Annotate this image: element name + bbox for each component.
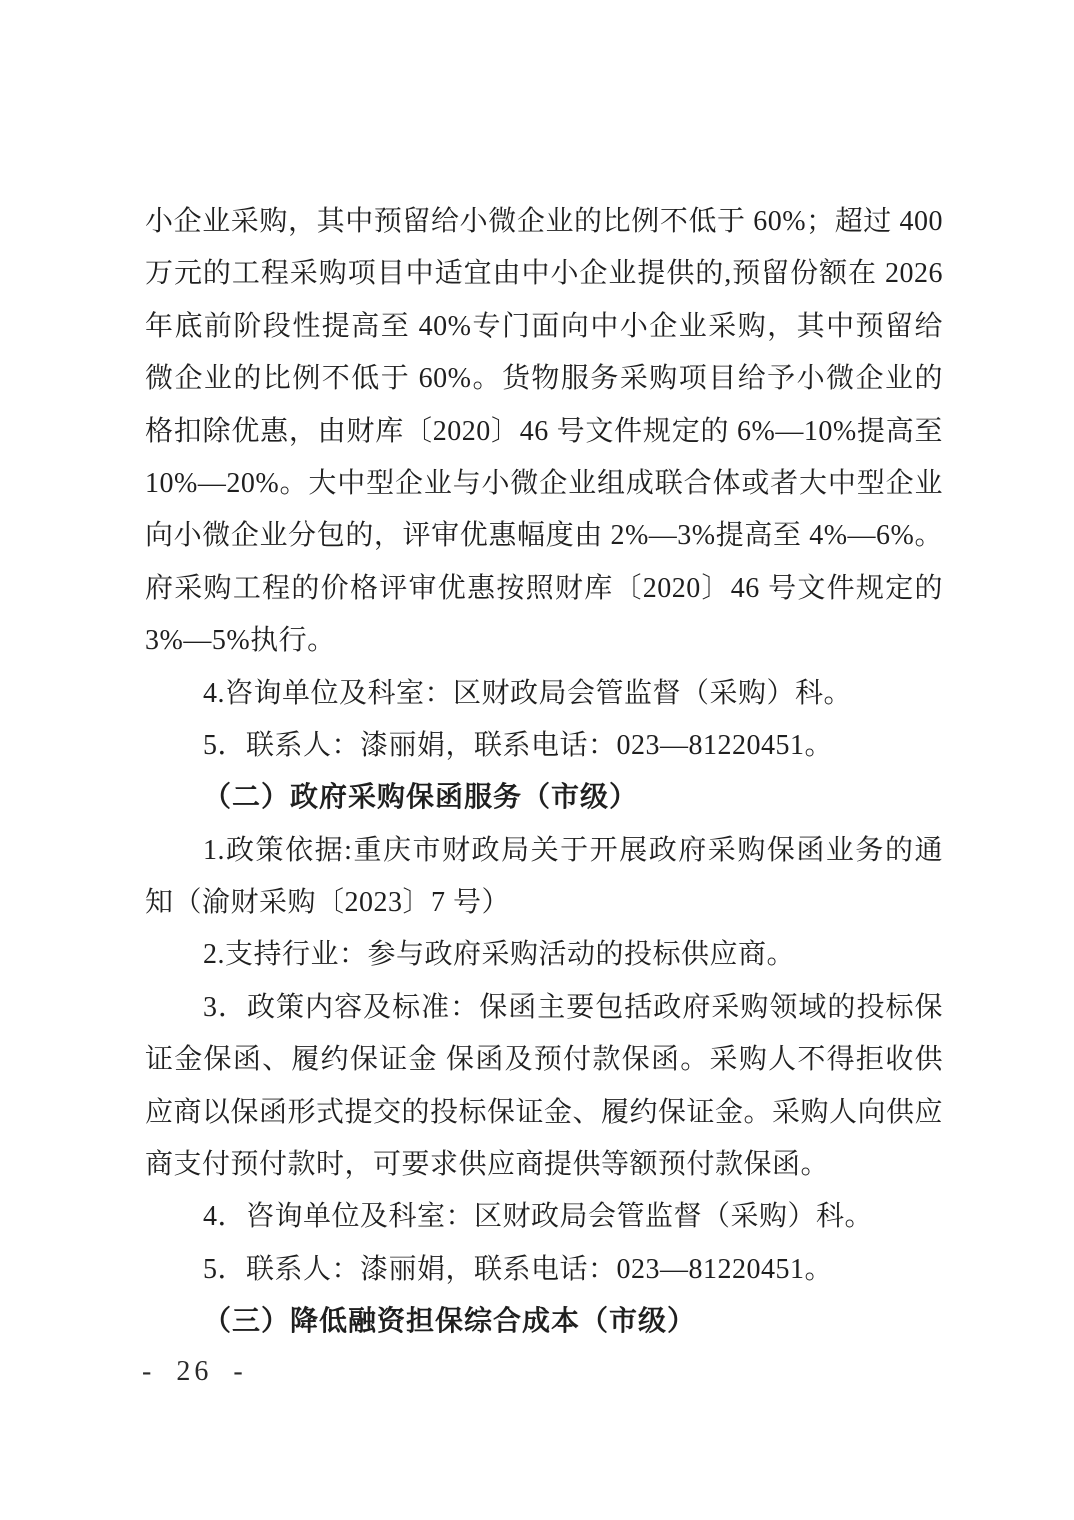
text-line: 小企业采购，其中预留给小微企业的比例不低于 60%；超过 400 [145,196,943,248]
text-line: 10%—20%。大中型企业与小微企业组成联合体或者大中型企业 [145,458,943,510]
text-line: 证金保函、履约保证金 保函及预付款保函。采购人不得拒收供 [145,1034,943,1086]
text-line: 1.政策依据:重庆市财政局关于开展政府采购保函业务的通 [145,825,943,877]
text-line: 3%—5%执行。 [145,615,943,667]
text-line: 应商以保函形式提交的投标保证金、履约保证金。采购人向供应 [145,1087,943,1139]
section-heading-3: （三）降低融资担保综合成本（市级） [145,1296,943,1348]
text-line-contact-unit: 4．咨询单位及科室：区财政局会管监督（采购）科。 [145,1191,943,1243]
text-line: 3．政策内容及标准：保函主要包括政府采购领域的投标保 [145,982,943,1034]
document-body: 小企业采购，其中预留给小微企业的比例不低于 60%；超过 400 万元的工程采购… [145,196,943,1349]
text-line: 向小微企业分包的，评审优惠幅度由 2%—3%提高至 4%—6%。政 [145,510,943,562]
text-line: 格扣除优惠，由财库〔2020〕46 号文件规定的 6%—10%提高至 [145,406,943,458]
section-heading-2: （二）政府采购保函服务（市级） [145,772,943,824]
text-line: 万元的工程采购项目中适宜由中小企业提供的,预留份额在 2026 [145,248,943,300]
text-line: 府采购工程的价格评审优惠按照财库〔2020〕46 号文件规定的 [145,563,943,615]
text-line-contact-unit: 4.咨询单位及科室：区财政局会管监督（采购）科。 [145,668,943,720]
text-line: 2.支持行业：参与政府采购活动的投标供应商。 [145,929,943,981]
text-line: 商支付预付款时，可要求供应商提供等额预付款保函。 [145,1139,943,1191]
document-page: 小企业采购，其中预留给小微企业的比例不低于 60%；超过 400 万元的工程采购… [0,0,1074,1520]
text-line: 微企业的比例不低于 60%。货物服务采购项目给予小微企业的价 [145,353,943,405]
text-line: 知（渝财采购〔2023〕7 号） [145,877,943,929]
page-number: - 26 - [142,1352,247,1392]
text-line-contact-person: 5．联系人：漆丽娟，联系电话：023—81220451。 [145,1244,943,1296]
text-line-contact-person: 5．联系人：漆丽娟，联系电话：023—81220451。 [145,720,943,772]
text-line: 年底前阶段性提高至 40%专门面向中小企业采购，其中预留给小 [145,301,943,353]
